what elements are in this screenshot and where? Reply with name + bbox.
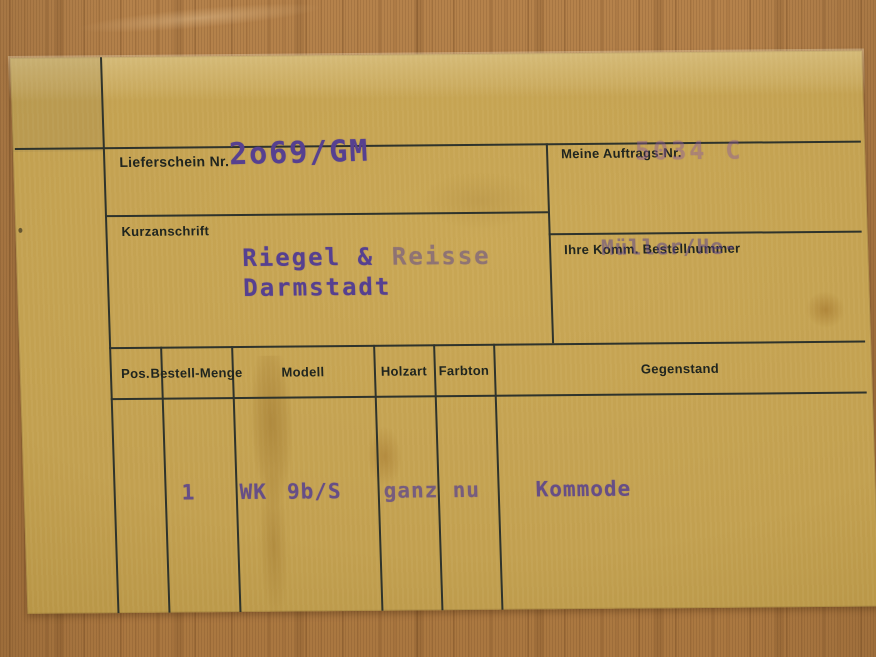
kurzanschrift-label: Kurzanschrift bbox=[121, 223, 209, 239]
bestell-menge-line1: Bestell- bbox=[150, 365, 200, 380]
komm-bestellnummer-stamp: Müller/He- bbox=[601, 235, 738, 260]
wood-table-background: Lieferschein Nr. Meine Auftrags-Nr. Kurz… bbox=[0, 0, 876, 657]
modell-code: WK bbox=[239, 480, 267, 504]
row-value-modell: WK9b/S bbox=[239, 479, 342, 504]
modell-variant: 9b/S bbox=[287, 479, 342, 503]
column-header-farbton: Farbton bbox=[433, 346, 495, 396]
kurzanschrift-line2: Darmstadt bbox=[243, 273, 392, 302]
ink-speck bbox=[18, 228, 22, 233]
row-value-menge: 1 bbox=[181, 480, 195, 504]
row-value-farbton: nu bbox=[452, 478, 480, 502]
delivery-note-card: Lieferschein Nr. Meine Auftrags-Nr. Kurz… bbox=[10, 51, 876, 614]
wood-scratch-mark bbox=[29, 0, 370, 47]
kurzanschrift-line1: Riegel &Reisse bbox=[242, 242, 491, 272]
column-header-holzart: Holzart bbox=[373, 346, 435, 396]
column-header-bestell-menge: Bestell-Menge bbox=[160, 348, 233, 398]
row-value-holzart: ganz bbox=[383, 478, 438, 502]
grid-line-under-lieferschein bbox=[105, 211, 548, 217]
column-header-gegenstand: Gegenstand bbox=[493, 343, 867, 395]
lieferschein-label: Lieferschein Nr. bbox=[119, 153, 229, 170]
row-value-gegenstand: Kommode bbox=[535, 477, 631, 502]
auftrag-number-stamp: 5034 C bbox=[635, 136, 744, 166]
grid-line-middle-vertical bbox=[546, 143, 554, 343]
water-stain-right bbox=[787, 281, 857, 346]
water-stain-top bbox=[401, 161, 558, 240]
column-header-modell: Modell bbox=[231, 347, 375, 397]
grid-line-main-vertical bbox=[100, 57, 119, 613]
kurzanschrift-name-faded: Reisse bbox=[391, 242, 491, 271]
lieferschein-number-stamp: 2o69/GM bbox=[228, 134, 370, 173]
kurzanschrift-name-main: Riegel & bbox=[242, 243, 374, 272]
tape-strip bbox=[8, 49, 865, 102]
paper-corner-shading bbox=[10, 57, 105, 152]
